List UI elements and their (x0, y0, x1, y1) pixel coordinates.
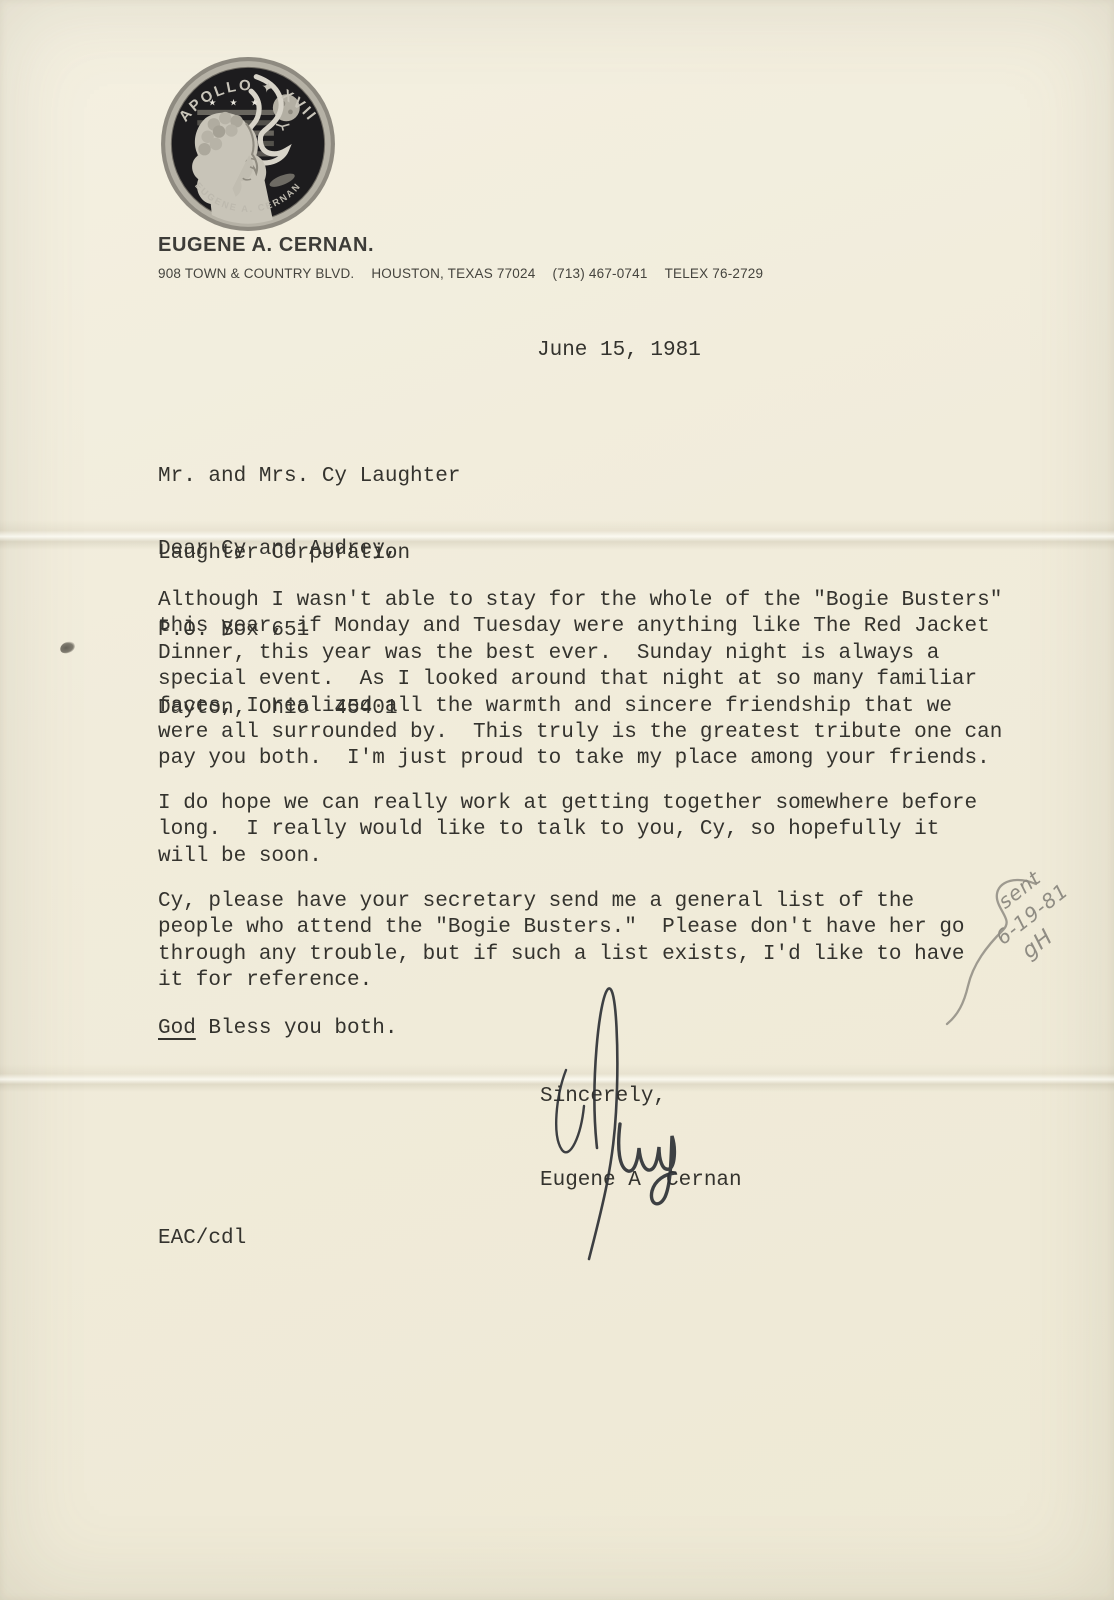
ink-speck (59, 640, 76, 655)
letterhead-street: 908 TOWN & COUNTRY BLVD. (158, 266, 354, 281)
closing-underlined-word: God (158, 1017, 196, 1040)
closing-rest: Bless you both. (196, 1017, 398, 1040)
apollo-17-patch-logo: APOLLO ✦ XVII EUGENE A. CERNAN ★ ★ ★ (160, 56, 336, 232)
letterhead-name: EUGENE A. CERNAN. (158, 234, 374, 257)
recipient-name: Mr. and Mrs. Cy Laughter (158, 464, 460, 490)
reference-initials: EAC/cdl (158, 1226, 246, 1252)
letterhead-address: 908 TOWN & COUNTRY BLVD. HOUSTON, TEXAS … (158, 266, 763, 281)
letterhead-telex: TELEX 76-2729 (665, 266, 764, 281)
closing-blessing: God Bless you both. (158, 1016, 397, 1042)
letter-date: June 15, 1981 (537, 338, 701, 364)
letterhead-phone: (713) 467-0741 (552, 266, 647, 281)
typed-signature-name: Eugene A Cernan (540, 1168, 742, 1194)
valediction: Sincerely, (540, 1084, 666, 1110)
body-paragraph-3: Cy, please have your secretary send me a… (158, 889, 965, 995)
pencil-annotation: sent 6-19-81 gH (974, 822, 1114, 972)
salutation: Dear Cy and Audrey, (158, 537, 397, 563)
letter-page: APOLLO ✦ XVII EUGENE A. CERNAN ★ ★ ★ EUG… (0, 0, 1114, 1600)
letterhead-city: HOUSTON, TEXAS 77024 (371, 266, 535, 281)
body-paragraph-2: I do hope we can really work at getting … (158, 791, 977, 870)
patch-stars: ★ ★ ★ (209, 96, 262, 110)
body-paragraph-1: Although I wasn't able to stay for the w… (158, 588, 1002, 773)
